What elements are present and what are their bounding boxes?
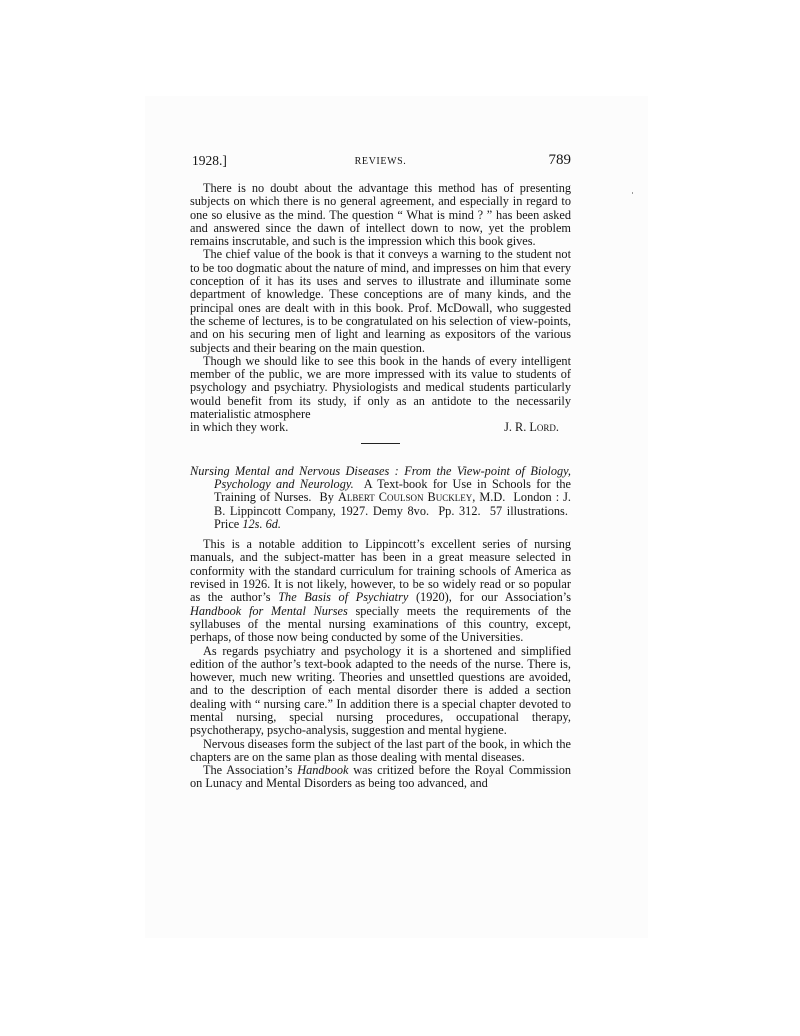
review-1-paragraph: There is no doubt about the advantage th… <box>190 182 571 248</box>
book-price: 12s. 6d. <box>242 517 281 531</box>
text-column: 1928.] REVIEWS. 789 There is no doubt ab… <box>190 154 571 791</box>
cited-work-title: The Basis of Psychiatry <box>278 590 408 604</box>
reviewer-signature: J. R. Lord. <box>504 421 571 434</box>
by-label: By <box>320 490 334 504</box>
book-pages: Pp. 312. <box>438 504 480 518</box>
author-degree: , M.D. <box>472 490 505 504</box>
book-format: Demy 8vo. <box>373 504 429 518</box>
book-citation: Nursing Mental and Nervous Diseases : Fr… <box>190 465 571 531</box>
review-1-last-line: in which they work. <box>190 421 288 434</box>
page-number: 789 <box>549 154 572 167</box>
section-divider <box>361 443 400 444</box>
cited-work-title: Handbook <box>297 763 348 777</box>
cited-work-title: Handbook for Mental Nurses <box>190 604 348 618</box>
review-2: Nursing Mental and Nervous Diseases : Fr… <box>190 465 571 791</box>
review-2-paragraph: As regards psychiatry and psychology it … <box>190 645 571 738</box>
scan-speck <box>632 192 633 194</box>
book-author: Albert Coulson Buckley <box>338 490 472 504</box>
review-2-paragraph: This is a notable addition to Lippincott… <box>190 538 571 644</box>
running-head: 1928.] REVIEWS. 789 <box>190 154 571 174</box>
review-1: There is no doubt about the advantage th… <box>190 182 571 435</box>
review-1-paragraph: The chief value of the book is that it c… <box>190 248 571 354</box>
review-2-paragraph: Nervous diseases form the subject of the… <box>190 738 571 765</box>
review-1-paragraph: Though we should like to see this book i… <box>190 355 571 421</box>
paragraph-text: The Association’s <box>203 763 297 777</box>
paragraph-text: (1920), for our Association’s <box>408 590 571 604</box>
price-label: Price <box>214 517 239 531</box>
review-2-paragraph: The Association’s Handbook was critized … <box>190 764 571 791</box>
review-1-closing-line: in which they work. J. R. Lord. <box>190 421 571 434</box>
book-illustrations: 57 illustrations. <box>490 504 568 518</box>
header-section-title: REVIEWS. <box>190 155 571 168</box>
